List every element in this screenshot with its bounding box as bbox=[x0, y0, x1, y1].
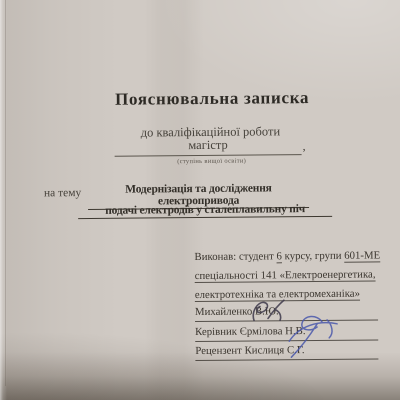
reviewer-line: Рецензент Кислиця С.Г. bbox=[195, 343, 378, 361]
specialty-line-2: електротехніка та електромеханіка» bbox=[195, 287, 378, 301]
degree-hint: (ступінь вищої освіти) bbox=[12, 156, 400, 166]
performer-line: Виконав: студент 6 курсу, групи 601-МЕ bbox=[194, 249, 377, 263]
byline-block: Виконав: студент 6 курсу, групи 601-МЕ с… bbox=[194, 249, 378, 366]
group-code: 601-МЕ bbox=[344, 249, 380, 261]
reviewer-name: Рецензент Кислиця С.Г. bbox=[195, 344, 304, 357]
student-name-line: Михайленко В.Ю. bbox=[195, 304, 378, 322]
performer-mid: курсу, групи bbox=[282, 250, 344, 263]
supervisor-name: Керівник Єрмілова Н.В. bbox=[195, 325, 306, 338]
supervisor-line: Керівник Єрмілова Н.В. bbox=[195, 324, 378, 342]
performer-prefix: Виконав: студент bbox=[194, 250, 276, 263]
title-page: Пояснювальна записка до кваліфікаційної … bbox=[0, 0, 400, 400]
degree-field: магістр bbox=[114, 137, 301, 157]
topic-line-2: подачі електродів у сталеплавильну піч bbox=[78, 203, 332, 219]
degree-trailing-comma: , bbox=[302, 139, 305, 154]
page-title: Пояснювальна записка bbox=[12, 87, 400, 110]
document-photo: Пояснювальна записка до кваліфікаційної … bbox=[0, 0, 400, 400]
topic-label: на тему bbox=[44, 187, 81, 199]
student-name: Михайленко В.Ю. bbox=[195, 305, 279, 318]
specialty-line-1: спеціальності 141 «Електроенергетика, bbox=[195, 268, 378, 282]
degree-value: магістр bbox=[188, 138, 228, 152]
